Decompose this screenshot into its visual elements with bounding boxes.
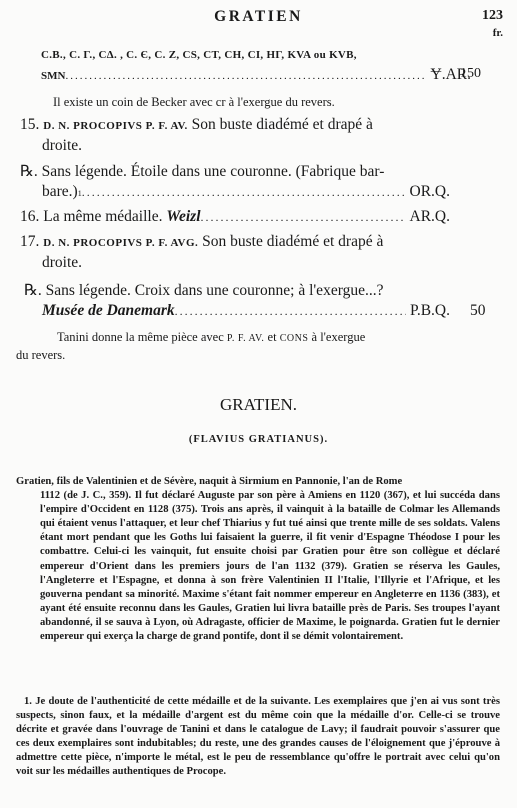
entry-15-reverse: ℞. Sans légende. Étoile dans une couronn… xyxy=(20,162,384,181)
entry-text: La même médaille. xyxy=(43,208,162,226)
note-text: à l'exergue xyxy=(312,330,366,344)
footnote-marker: 1. xyxy=(24,696,32,707)
reverse-description-cont: bare.) xyxy=(42,183,78,201)
reverse-icon: ℞. xyxy=(24,282,42,299)
entry-number: 17. xyxy=(20,233,39,250)
entry-15-cont: droite. xyxy=(42,137,82,155)
tanini-note-cont: du revers. xyxy=(16,348,65,363)
reverse-description: Sans légende. Étoile dans une couronne. … xyxy=(42,163,385,180)
reverse-icon: ℞. xyxy=(20,163,38,180)
page-number: 123 xyxy=(482,8,503,24)
entry-15-reverse-cont: bare.) 1 OR.Q. xyxy=(42,183,450,201)
entry-17-cont: droite. xyxy=(42,254,82,272)
entry-15: 15. D. N. PROCOPIVS P. F. AV. Son buste … xyxy=(20,116,373,134)
price: 150 xyxy=(460,66,481,82)
metal-code: P.B.Q. xyxy=(406,302,450,320)
entry-17-reverse-cont: Musée de Danemark P.B.Q. xyxy=(42,302,450,320)
metal-code: AR.Q. xyxy=(406,208,450,226)
source-name: Musée de Danemark xyxy=(42,302,175,320)
note-text: Tanini donne la même pièce avec xyxy=(57,330,224,344)
entry-number: 16. xyxy=(20,208,39,226)
becker-note: Il existe un coin de Becker avec cr à l'… xyxy=(53,95,335,110)
legend-text: CONS xyxy=(280,333,309,344)
section-title: GRATIEN. xyxy=(0,395,517,415)
legend-text: P. F. AV. xyxy=(227,333,265,344)
entry-number: 15. xyxy=(20,116,39,133)
leader-dots xyxy=(65,70,426,82)
entry-16: 16. La même médaille. Weizl AR.Q. xyxy=(20,208,450,226)
running-title: GRATIEN xyxy=(0,8,517,26)
mint-marks-row: SMN Ɏ.AR. xyxy=(41,66,471,84)
biography-body: 1112 (de J. C., 359). Il fut déclaré Aug… xyxy=(16,489,500,644)
metal-code: OR.Q. xyxy=(406,183,450,201)
reverse-description: Sans légende. Croix dans une couronne; à… xyxy=(46,282,384,299)
mint-marks-line-2: SMN xyxy=(41,70,65,82)
obverse-legend: D. N. PROCOPIVS P. F. AV. xyxy=(43,120,188,132)
tanini-note: Tanini donne la même pièce avec P. F. AV… xyxy=(57,330,365,345)
leader-dots xyxy=(82,185,406,200)
note-text: et xyxy=(268,330,277,344)
obverse-description: Son buste diadémé et drapé à xyxy=(192,116,373,133)
biography-first-line: Gratien, fils de Valentinien et de Sévèr… xyxy=(16,476,402,487)
obverse-description: Son buste diadémé et drapé à xyxy=(202,233,383,250)
currency-label: fr. xyxy=(493,27,503,39)
footnote: 1. Je doute de l'authenticité de cette m… xyxy=(16,695,500,780)
price: 50 xyxy=(470,302,486,320)
entry-17: 17. D. N. PROCOPIVS P. F. AVG. Son buste… xyxy=(20,233,383,251)
source-name: Weizl xyxy=(166,208,200,226)
section-subtitle: (FLAVIUS GRATIANUS). xyxy=(0,434,517,445)
leader-dots xyxy=(201,210,406,225)
leader-dots xyxy=(175,304,406,319)
mint-marks-line: C.B., C. Γ., CΔ. , C. Є, C. Z, CS, CT, C… xyxy=(41,49,357,61)
biography-paragraph: Gratien, fils de Valentinien et de Sévèr… xyxy=(16,475,500,644)
obverse-legend: D. N. PROCOPIVS P. F. AVG. xyxy=(43,237,198,249)
entry-17-reverse: ℞. Sans légende. Croix dans une couronne… xyxy=(24,281,383,300)
footnote-text: Je doute de l'authenticité de cette méda… xyxy=(16,696,500,777)
